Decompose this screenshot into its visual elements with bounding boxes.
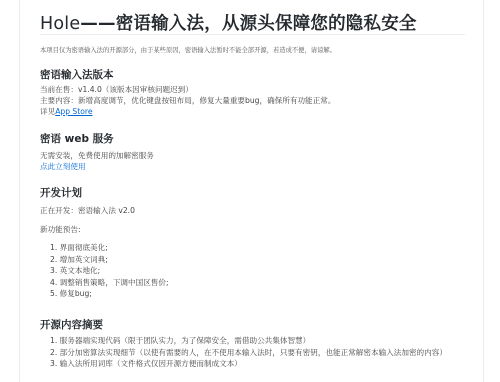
intro-note: 本项目仅为密语输入法的开源部分，由于某些原因，密语输入法暂时不能全部开源，若造成…	[40, 45, 336, 54]
current-version: 当前在售：v1.4.0（该版本因审核问题迟到）	[40, 84, 193, 95]
see-details: 详见App Store	[40, 106, 93, 117]
list-item: 2. 部分加密算法实现细节（以使有需要的人，在不使用本输入法时，只要有密钥，也能…	[50, 347, 447, 359]
plan-heading: 开发计划	[40, 185, 82, 200]
preview-label: 新功能预告:	[40, 224, 81, 235]
list-item: 3. 输入法所用词库（文件格式仅因开源方便而制成文本）	[50, 358, 447, 370]
web-description: 无需安装，免费使用的加解密服务	[40, 150, 154, 161]
title-divider	[40, 34, 465, 35]
list-item: 2. 增加英文词典;	[50, 254, 169, 266]
use-now-link[interactable]: 点此立刻使用	[40, 162, 86, 171]
list-item: 5. 修复bug;	[50, 288, 169, 300]
app-store-link[interactable]: App Store	[55, 107, 92, 116]
page-title: Hole——密语输入法，从源头保障您的隐私安全	[40, 10, 417, 35]
version-main-content: 主要内容：新增高度调节，优化键盘按钮布局，修复大量重要bug，确保所有功能正常。	[40, 95, 335, 106]
title-rest: ——密语输入法，从源头保障您的隐私安全	[80, 14, 416, 34]
list-item: 1. 界面彻底美化;	[50, 242, 169, 254]
opensource-list: 1. 服务器端实现代码（限于团队实力，为了保障安全，需借助公共集体智慧） 2. …	[50, 335, 447, 370]
opensource-heading: 开源内容摘要	[40, 317, 103, 332]
plan-list: 1. 界面彻底美化; 2. 增加英文词典; 3. 英文本地化; 4. 调整销售策…	[50, 242, 169, 300]
version-heading: 密语输入法版本	[40, 67, 114, 82]
list-item: 3. 英文本地化;	[50, 265, 169, 277]
list-item: 1. 服务器端实现代码（限于团队实力，为了保障安全，需借助公共集体智慧）	[50, 335, 447, 347]
web-heading: 密语 web 服务	[40, 131, 114, 146]
document-page: Hole——密语输入法，从源头保障您的隐私安全 本项目仅为密语输入法的开源部分，…	[19, 0, 484, 382]
developing-version: 正在开发：密语输入法 v2.0	[40, 205, 135, 216]
list-item: 4. 调整销售策略，下调中国区售价;	[50, 277, 169, 289]
web-link-line: 点此立刻使用	[40, 161, 86, 172]
see-prefix: 详见	[40, 107, 55, 116]
title-latin: Hole	[40, 14, 80, 34]
